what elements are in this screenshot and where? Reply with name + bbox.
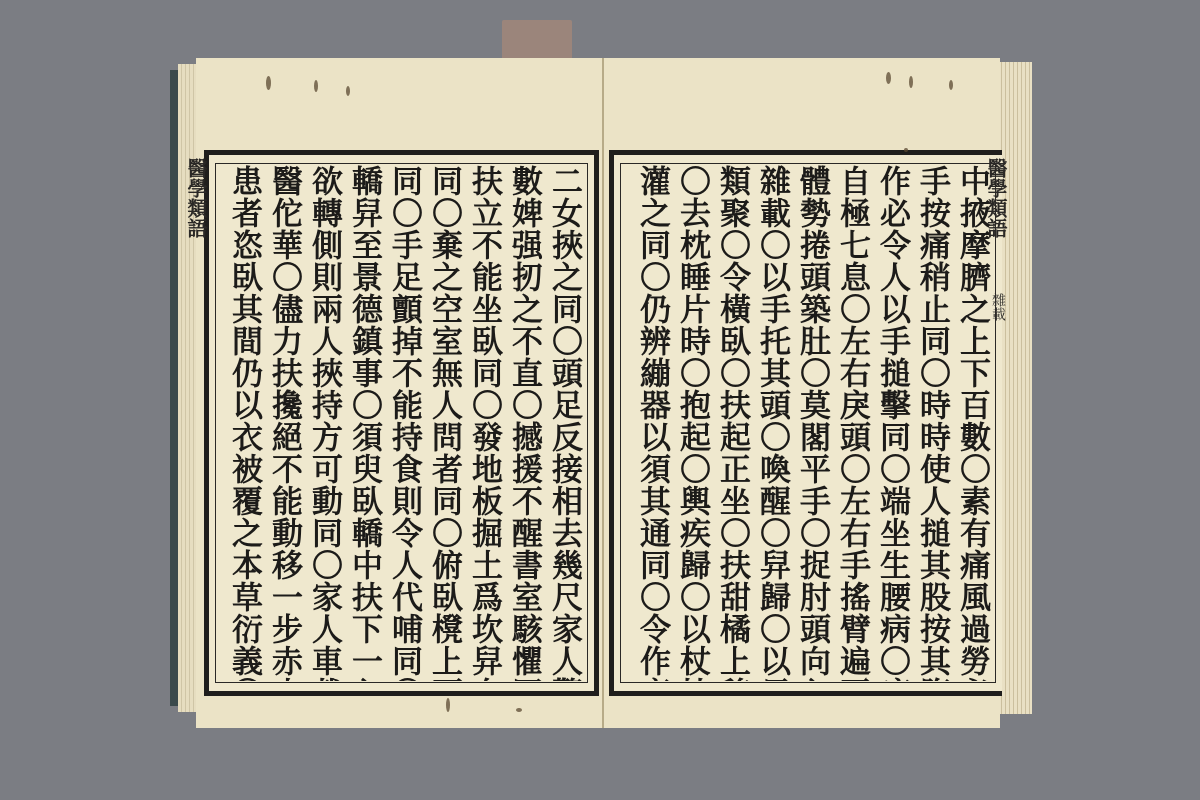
text-column: 灌之同〇仍辨繃器以須其通同〇令作產子狀以 [632,165,672,681]
right-page-frame: 中掖摩臍之上下百數〇素有痛風過勞必作 手按痛稍止同〇時時使人搥其股按其腹 作必令… [609,150,1002,696]
text-column: 同〇棄之空室無人問者同〇俯臥櫈上兩後稍高 [424,165,464,681]
text-column: 欲轉側則兩人挾持方可動同〇家人車載欲往就 [304,165,344,681]
text-column: 〇去枕睡片時〇抱起〇輿疾歸〇以杖扶傷者口 [672,165,712,681]
left-page-header: 醫學類語 [182,158,211,238]
worm-hole [266,76,271,90]
worm-hole [886,72,891,84]
text-column: 醫佗華〇儘力扶攙絕不能動移一步赤水〇布帶上使 [264,165,304,681]
text-column: 轎舁至景德鎮事〇須臾臥轎中扶下一內人同〇臥 [344,165,384,681]
left-page: 二女挾之同〇頭足反接相去幾尺家人驚駭以 數婢强扨之不直〇撼援不醒書室駭懼同〇書夜… [196,58,604,728]
worm-hole [904,148,908,152]
text-column: 體勢捲頭築肚〇莫閣平手〇捉肘頭向內挽之同 [792,165,832,681]
text-column: 作必令人以手搥擊同〇端坐生腰病〇痛 [872,165,912,681]
left-page-text: 二女挾之同〇頭足反接相去幾尺家人驚駭以 數婢强扨之不直〇撼援不醒書室駭懼同〇書夜… [219,165,584,681]
right-page: 中掖摩臍之上下百數〇素有痛風過勞必作 手按痛稍止同〇時時使人搥其股按其腹 作必令… [604,58,1000,728]
text-column: 數婢强扨之不直〇撼援不醒書室駭懼同〇書夜 [504,165,544,681]
right-page-text: 中掖摩臍之上下百數〇素有痛風過勞必作 手按痛稍止同〇時時使人搥其股按其腹 作必令… [624,165,992,681]
worm-hole [314,80,318,92]
worm-hole [949,80,953,90]
text-column: 患者恣臥其間仍以衣被覆之本草衍義〇痛收其脚跟 [224,165,264,681]
text-column: 手按痛稍止同〇時時使人搥其股按其腹 [912,165,952,681]
text-column: 雜載〇以手托其頭〇喚醒〇舁歸〇以馬馱還家 [752,165,792,681]
open-book: 二女挾之同〇頭足反接相去幾尺家人驚駭以 數婢强扨之不直〇撼援不醒書室駭懼同〇書夜… [170,58,1032,736]
text-column: 同〇手足顫掉不能持食則令人代哺同〇遂側臥 [384,165,424,681]
worm-hole [909,76,913,88]
left-page-frame: 二女挾之同〇頭足反接相去幾尺家人驚駭以 數婢强扨之不直〇撼援不醒書室駭懼同〇書夜… [204,150,599,696]
worm-hole [446,698,450,712]
worm-hole [346,86,350,96]
text-column: 扶立不能坐臥同〇發地板掘土爲坎舁女子其中 [464,165,504,681]
text-column: 中掖摩臍之上下百數〇素有痛風過勞必作 [952,165,992,681]
section-label: 雜載 [988,293,1008,321]
worm-hole [516,708,522,712]
text-column: 類聚〇令橫臥〇扶起正坐〇扶甜橘上移時方餐粥 [712,165,752,681]
right-page-header: 醫學類語 [982,158,1011,238]
text-column: 自極七息〇左右戾頭〇左右手搖臂遍互敢身盡 [832,165,872,681]
text-column: 二女挾之同〇頭足反接相去幾尺家人驚駭以 [544,165,584,681]
